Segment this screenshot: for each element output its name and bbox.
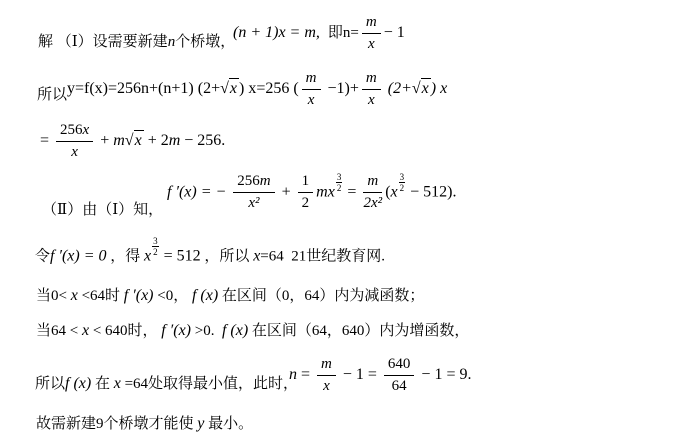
line5-equals-64: =64 xyxy=(260,248,283,264)
exponent-three-halves: 32 xyxy=(152,236,159,258)
line9-text-2: 最小。 xyxy=(204,416,253,432)
line2-tail: ) x xyxy=(431,80,447,97)
exponent-numerator: 3 xyxy=(399,172,406,183)
line7-var-x: x xyxy=(82,322,89,339)
line7-fprime: f ′(x) xyxy=(161,322,191,339)
fraction-denominator: 2 xyxy=(298,193,314,213)
fraction-numerator: m xyxy=(317,355,336,376)
line4-label: （Ⅱ）由（Ⅰ）知， xyxy=(42,201,163,219)
line5-solve-zero: 令f ′(x) = 0 ，得 x32 = 512 ，所以 x=64 21世纪教育… xyxy=(35,236,385,266)
fraction-1-over-2: 12 xyxy=(298,172,314,213)
line2-formula: y=f(x)=256n+(n+1) (2+√x) x=256 (mx −1)+m… xyxy=(67,69,447,110)
line8-fx: f (x) xyxy=(65,375,91,392)
numerator-variable: m xyxy=(260,173,271,189)
fraction-m-over-x: mx xyxy=(362,69,381,110)
line6-decreasing-interval: 当0< x <64时 f ′(x) <0， f (x) 在区间（0，64）内为减… xyxy=(36,286,424,305)
line3-tail-1: + 2 xyxy=(144,132,169,149)
exponent-denominator: 2 xyxy=(152,247,159,257)
line6-text-4: 在区间（0，64）内为减函数； xyxy=(218,288,424,304)
line3-plus: + xyxy=(96,132,113,149)
fraction-numerator: m xyxy=(363,172,382,193)
numerator-variable: x xyxy=(83,122,90,138)
line4-derivative-formula: f ′(x) = − 256mx² + 12mx32 = m2x²(x32 − … xyxy=(167,172,457,213)
line4-plus: + xyxy=(278,183,295,200)
line4-fprime: f ′(x) = − xyxy=(167,183,230,200)
line6-text-2: <64时 xyxy=(78,288,124,304)
line1-intro-text: 解 （Ⅰ）设需要新建n个桥墩， xyxy=(38,33,235,51)
line1-eq-head: (n + 1)x = m, xyxy=(233,24,328,41)
line5-var-x: x xyxy=(144,247,151,264)
fraction-256m-over-x2: 256mx² xyxy=(233,172,274,213)
fraction-256x-over-x: 256xx xyxy=(56,121,93,162)
fraction-denominator: 64 xyxy=(384,376,415,396)
fraction-numerator: 256m xyxy=(233,172,274,193)
fraction-denominator: 2x² xyxy=(363,193,382,213)
line3-formula: = 256xx + m√x + 2m − 256. xyxy=(40,121,225,162)
fraction-640-over-64: 64064 xyxy=(384,355,415,396)
line2-radicand-2: x xyxy=(421,78,431,97)
line9-text-1: 故需新建9个桥墩才能使 xyxy=(36,416,197,432)
fraction-m-over-2x2: m2x² xyxy=(363,172,382,213)
fraction-numerator: 1 xyxy=(298,172,314,193)
line4-mx: mx xyxy=(316,183,335,200)
line2-mid-1: ) x=256 ( xyxy=(239,80,299,97)
line6-text-3: <0， xyxy=(154,288,192,304)
line8-text-3: =64处取得最小值，此时， xyxy=(121,376,298,392)
line5-text-1: 令 xyxy=(35,248,50,264)
line8-mid: − 1 = xyxy=(339,366,381,383)
line2-head: y=f(x)=256n+(n+1) (2+ xyxy=(67,80,220,97)
line7-fx: f (x) xyxy=(222,322,248,339)
fraction-numerator: m xyxy=(362,13,381,34)
line5-text-2: ，得 xyxy=(107,248,145,264)
fraction-numerator: m xyxy=(302,69,321,90)
line5-watermark-text: 21世纪教育网. xyxy=(284,248,385,264)
line6-text-1: 当0< xyxy=(36,288,71,304)
line2-mid-2: −1)+ xyxy=(324,80,359,97)
fraction-denominator: x xyxy=(362,34,381,54)
exponent-three-halves: 32 xyxy=(336,172,343,194)
line6-fprime: f ′(x) xyxy=(124,287,154,304)
fraction-m-over-x: mx xyxy=(302,69,321,110)
line1-eq-mid: 即n= xyxy=(328,25,359,41)
exponent-denominator: 2 xyxy=(399,183,406,193)
line8-equals-1: = xyxy=(297,366,314,383)
fraction-denominator: x xyxy=(56,142,93,162)
line4-var-x: x xyxy=(391,183,398,200)
line3-equals: = xyxy=(40,132,53,149)
exponent-three-halves: 32 xyxy=(399,172,406,194)
fraction-denominator: x xyxy=(302,90,321,110)
sqrt-icon: √ xyxy=(220,80,229,97)
sqrt-icon: √ xyxy=(125,132,134,149)
line6-var-x: x xyxy=(71,287,78,304)
line2-label-text: 所以 xyxy=(37,87,67,103)
line3-radicand: x xyxy=(134,130,144,149)
fraction-numerator: m xyxy=(362,69,381,90)
line5-text-3: ，所以 xyxy=(201,248,254,264)
line8-var-n: n xyxy=(289,366,297,383)
line3-tail-2: − 256. xyxy=(180,132,225,149)
sqrt-icon: √ xyxy=(412,80,421,97)
line8-n-formula: n = mx − 1 = 64064 − 1 = 9. xyxy=(289,355,471,396)
line7-text-3: >0. xyxy=(191,323,222,339)
line4-equals: = xyxy=(343,183,360,200)
line7-increasing-interval: 当64 < x < 640时， f ′(x) >0. f (x) 在区间（64，… xyxy=(36,321,469,340)
line8-tail: − 1 = 9. xyxy=(417,366,471,383)
fraction-denominator: x xyxy=(317,376,336,396)
exponent-numerator: 3 xyxy=(336,172,343,183)
fraction-m-over-x: mx xyxy=(362,13,381,54)
line2-mid-3: (2+ xyxy=(384,80,412,97)
line5-fprime-eq-0: f ′(x) = 0 xyxy=(50,247,107,264)
line3-var-m: m xyxy=(113,132,125,149)
line4-label-text: （Ⅱ）由（Ⅰ）知， xyxy=(42,202,163,218)
line8-text-1: 所以 xyxy=(35,376,65,392)
line3-var-m2: m xyxy=(169,132,181,149)
line1-eq-tail: − 1 xyxy=(384,24,405,41)
numerator-coefficient: 256 xyxy=(60,122,83,138)
fraction-numerator: 640 xyxy=(384,355,415,376)
line7-text-2: < 640时， xyxy=(89,323,161,339)
line7-text-1: 当64 < xyxy=(36,323,82,339)
fraction-m-over-x: mx xyxy=(317,355,336,396)
line2-radicand-1: x xyxy=(229,78,239,97)
fraction-denominator: x² xyxy=(233,193,274,213)
fraction-numerator: 256x xyxy=(56,121,93,142)
line1-text-pre: 解 （Ⅰ）设需要新建 xyxy=(38,34,168,50)
line7-text-4: 在区间（64，640）内为增函数， xyxy=(248,323,469,339)
line8-var-x: x xyxy=(114,375,121,392)
numerator-coefficient: 256 xyxy=(237,173,260,189)
math-solution-document: 解 （Ⅰ）设需要新建n个桥墩， (n + 1)x = m, 即n=mx− 1 所… xyxy=(0,0,700,438)
line4-tail: − 512). xyxy=(406,183,456,200)
exponent-denominator: 2 xyxy=(336,183,343,193)
line5-equals-512: = 512 xyxy=(160,247,201,264)
line1-text-post: 个桥墩， xyxy=(175,34,235,50)
line2-label: 所以 xyxy=(37,86,67,104)
line1-formula: (n + 1)x = m, 即n=mx− 1 xyxy=(233,13,405,54)
line9-conclusion: 故需新建9个桥墩才能使 y 最小。 xyxy=(36,414,253,433)
line6-fx: f (x) xyxy=(192,287,218,304)
exponent-numerator: 3 xyxy=(152,236,159,247)
line8-minimum-text: 所以f (x) 在 x =64处取得最小值，此时， xyxy=(35,374,298,393)
line8-text-2: 在 xyxy=(91,376,114,392)
fraction-denominator: x xyxy=(362,90,381,110)
